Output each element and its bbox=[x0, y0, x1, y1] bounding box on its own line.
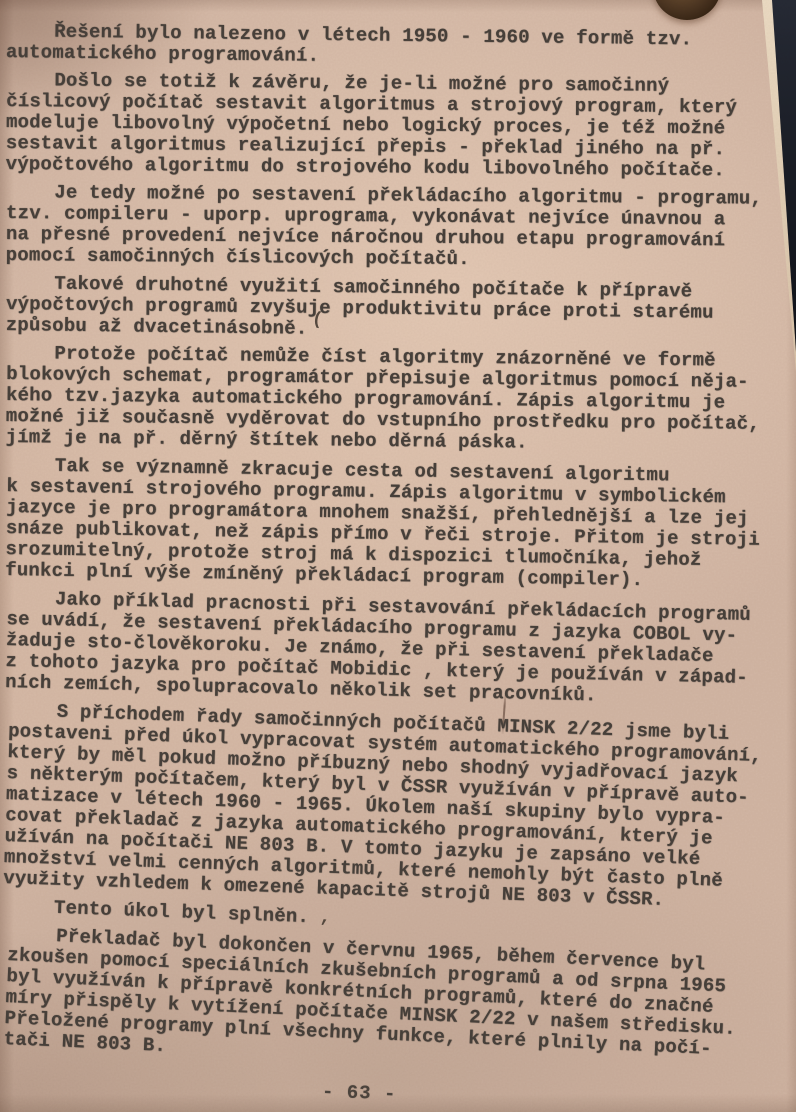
paragraph-3: Je tedy možné po sestavení překládacího … bbox=[6, 182, 791, 273]
scanned-document-page: Řešení bylo nalezeno v létech 1950 - 196… bbox=[0, 0, 796, 1112]
paragraph-5: Protože počítač nemůže číst algoritmy zn… bbox=[5, 343, 790, 456]
page-number: - 63 - bbox=[322, 1081, 397, 1106]
page-text: Řešení bylo nalezeno v létech 1950 - 196… bbox=[0, 0, 796, 1057]
paragraph-7: Jako příklad pracnosti při sestavování p… bbox=[5, 588, 791, 711]
paragraph-4: Takové druhotné využití samočinného počí… bbox=[6, 273, 791, 346]
paragraph-1: Řešení bylo nalezeno v létech 1950 - 196… bbox=[6, 21, 790, 73]
stray-ink-mark: , bbox=[319, 907, 332, 928]
paragraph-6: Tak se významně zkracuje cesta od sestav… bbox=[5, 455, 791, 593]
paragraph-8: S příchodem řady samočinných počítačů MI… bbox=[3, 700, 793, 915]
paragraph-2: Došlo se totiž k závěru, že je-li možné … bbox=[6, 70, 791, 182]
paragraph-10: Překladač byl dokončen v červnu 1965, bě… bbox=[3, 924, 792, 1084]
